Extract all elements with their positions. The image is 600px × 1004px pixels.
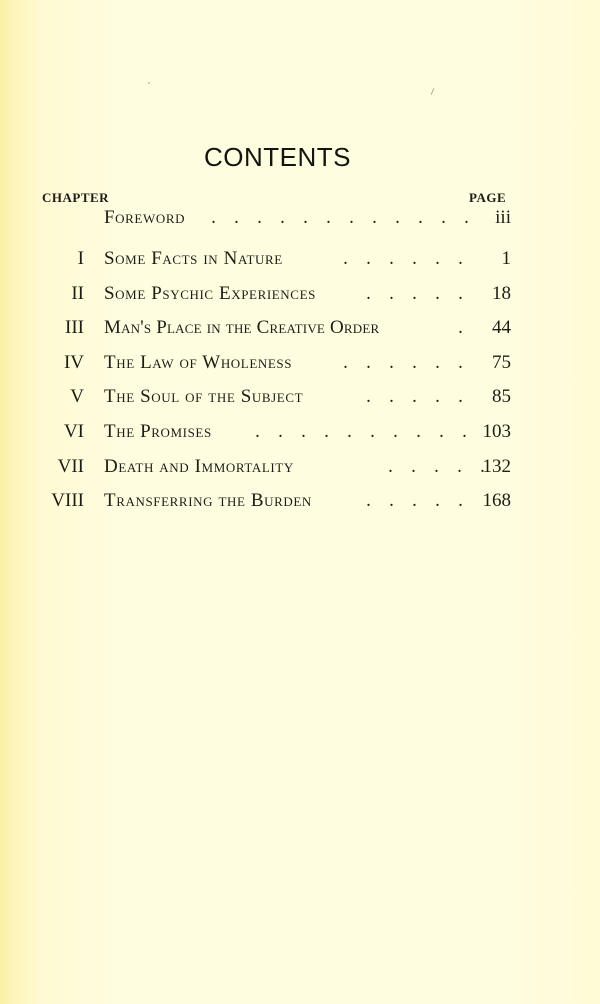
page-number: 18 [492, 283, 511, 305]
page-number: iii [495, 207, 511, 229]
chapter-title: The Soul of the Subject [104, 386, 303, 408]
contents-entry: VI The Promises .......... 103 [0, 421, 600, 447]
chapter-number: VII [58, 456, 84, 478]
dot-leader: . [449, 317, 472, 339]
page-number: 85 [492, 386, 511, 408]
chapter-title: Some Psychic Experiences [104, 283, 316, 305]
dot-leader: .......... [246, 421, 476, 443]
dot-leader: ............ [202, 207, 478, 229]
dot-leader: ...... [334, 352, 472, 374]
page-number: 103 [483, 421, 512, 443]
contents-entry: IV The Law of Wholeness ...... 75 [0, 352, 600, 378]
contents-entry: VII Death and Immortality ..... 132 [0, 456, 600, 482]
chapter-number: V [70, 386, 84, 408]
chapter-title: Man's Place in the Creative Order [104, 317, 379, 339]
chapter-title: Some Facts in Nature [104, 248, 283, 270]
contents-entry: Foreword ............ iii [0, 207, 600, 233]
dot-leader: ..... [357, 283, 472, 305]
contents-entry: I Some Facts in Nature ...... 1 [0, 248, 600, 274]
page-column-label: PAGE [469, 190, 506, 206]
page-number: 168 [483, 490, 512, 512]
chapter-number: IV [64, 352, 84, 374]
chapter-title: Transferring the Burden [104, 490, 312, 512]
chapter-title: Foreword [104, 207, 185, 229]
chapter-number: I [78, 248, 84, 270]
chapter-title: The Law of Wholeness [104, 352, 292, 374]
page-number: 44 [492, 317, 511, 339]
dot-leader: ...... [334, 248, 472, 270]
page-number: 1 [502, 248, 512, 270]
dot-leader: ..... [357, 386, 472, 408]
chapter-column-label: CHAPTER [42, 190, 109, 206]
contents-entry: II Some Psychic Experiences ..... 18 [0, 283, 600, 309]
contents-entry: VIII Transferring the Burden ..... 168 [0, 490, 600, 516]
contents-entry: V The Soul of the Subject ..... 85 [0, 386, 600, 412]
book-page: CONTENTS CHAPTER PAGE Foreword .........… [0, 0, 600, 1004]
chapter-number: VI [64, 421, 84, 443]
page-number: 132 [483, 456, 512, 478]
page-title: CONTENTS [0, 142, 555, 173]
contents-entry: III Man's Place in the Creative Order . … [0, 317, 600, 343]
chapter-number: III [65, 317, 84, 339]
chapter-number: II [71, 283, 84, 305]
dot-leader: ..... [357, 490, 472, 512]
dot-leader: ..... [379, 456, 494, 478]
scan-speck [148, 82, 150, 84]
page-number: 75 [492, 352, 511, 374]
chapter-number: VIII [51, 490, 84, 512]
chapter-title: The Promises [104, 421, 212, 443]
scan-mark [431, 88, 435, 95]
chapter-title: Death and Immortality [104, 456, 294, 478]
